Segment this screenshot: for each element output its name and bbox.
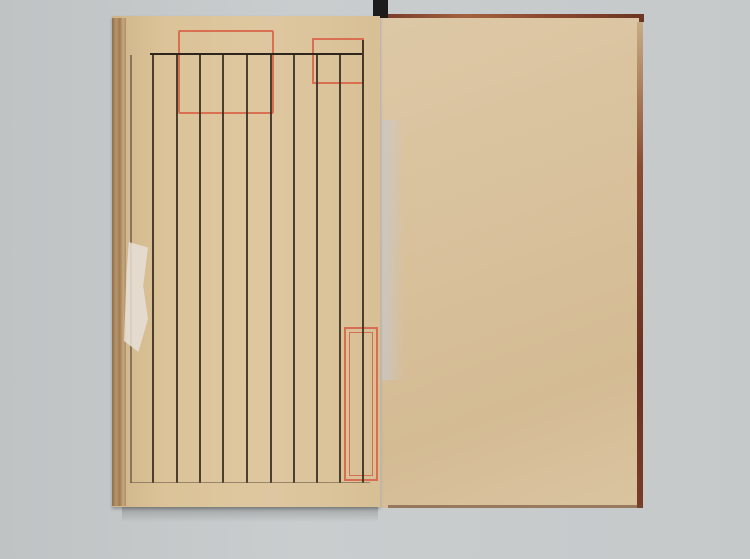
column-rule	[222, 55, 224, 483]
column-rule	[152, 55, 154, 483]
column-rule	[362, 40, 364, 483]
right-page-side-edge	[637, 22, 643, 508]
spine-wear	[382, 120, 404, 380]
column-rule	[339, 55, 341, 483]
column-rule	[176, 55, 178, 483]
seal-top-left	[178, 30, 274, 114]
right-page-blank	[381, 18, 639, 508]
seal-inner-border	[349, 332, 373, 476]
seal-top-right	[312, 38, 364, 84]
column-rule	[270, 55, 272, 483]
column-rule	[316, 55, 318, 483]
top-rule-line	[150, 53, 362, 55]
column-rule	[293, 55, 295, 483]
page-shadow	[122, 506, 378, 522]
left-page-binding-edge	[112, 18, 126, 506]
column-rule	[246, 55, 248, 483]
seal-bottom-vertical	[344, 327, 378, 481]
bottom-rule-line	[130, 482, 370, 483]
right-page-bottom-edge	[388, 505, 642, 508]
column-rule	[199, 55, 201, 483]
